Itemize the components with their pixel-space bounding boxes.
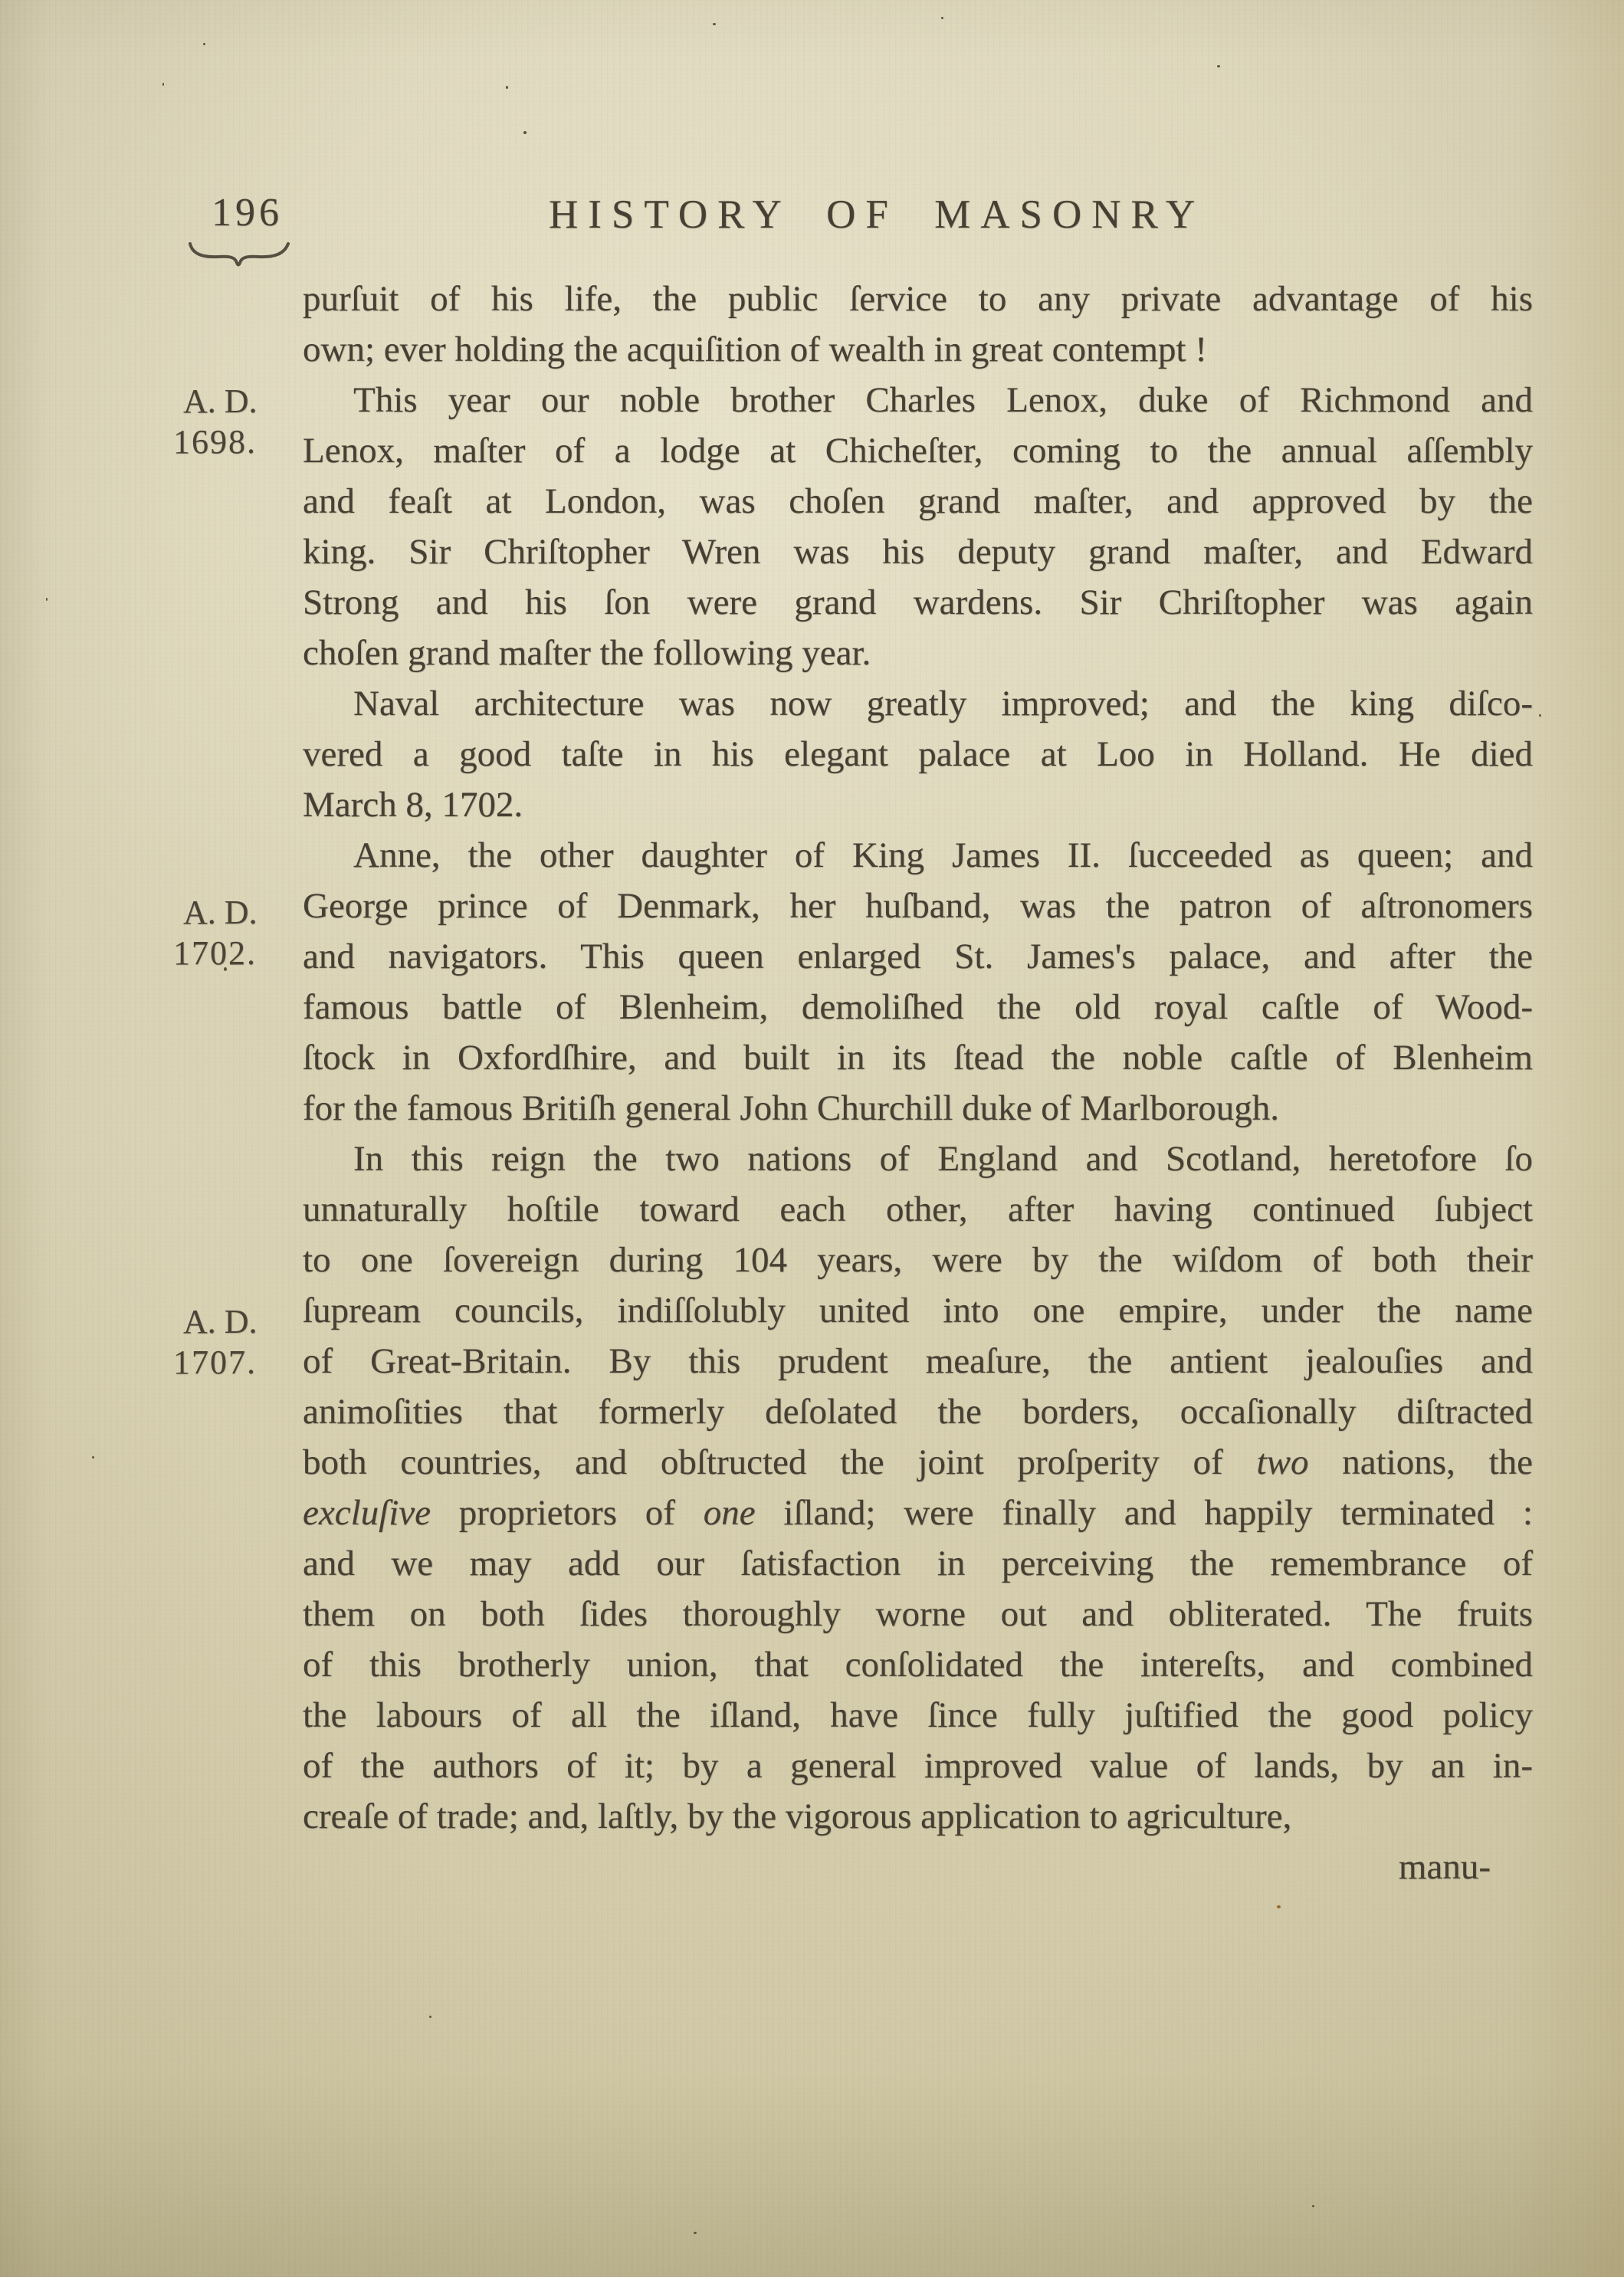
text-line: animoſities that formerly deſolated the … <box>303 1386 1533 1437</box>
paragraph: This year our noble brother Charles Leno… <box>303 375 1533 678</box>
text-line: unnaturally hoſtile toward each other, a… <box>303 1184 1533 1235</box>
text-run: and feaſt at London, was choſen grand ma… <box>303 481 1533 521</box>
text-run: This year our noble brother Charles Leno… <box>353 380 1533 420</box>
text-run: and navigators. This queen enlarged St. … <box>303 937 1533 976</box>
paper-speck <box>941 17 943 19</box>
text-run: Naval architecture was now greatly impro… <box>353 684 1533 723</box>
margin-note-year: 1698. <box>173 422 288 462</box>
margin-note-label: A. D. <box>173 381 288 422</box>
body-text: purſuit of his life, the public ſervice … <box>303 274 1533 1842</box>
text-line: This year our noble brother Charles Leno… <box>303 375 1533 425</box>
paper-speck <box>92 1456 94 1458</box>
text-line: creaſe of trade; and, laſtly, by the vig… <box>303 1791 1533 1842</box>
page-header-title: HISTORY OF MASONRY <box>549 195 1205 235</box>
italic-run: excluſive <box>303 1493 431 1533</box>
margin-note-year: 1702. <box>173 933 288 973</box>
text-line: Naval architecture was now greatly impro… <box>303 678 1533 729</box>
page-number-swash <box>186 239 294 270</box>
paper-speck <box>46 598 48 601</box>
paper-speck <box>694 2232 697 2234</box>
paper-speck <box>506 86 508 89</box>
text-line: own; ever holding the acquiſition of wea… <box>303 324 1533 375</box>
text-line: of the authors of it; by a general impro… <box>303 1741 1533 1791</box>
text-run: iſland; were finally and happily termina… <box>756 1493 1533 1533</box>
book-page: 196 HISTORY OF MASONRY A. D. 1698. A. D.… <box>0 0 1624 2277</box>
text-run: March 8, 1702. <box>303 785 523 825</box>
catchword: manu- <box>303 1842 1491 1892</box>
text-run: them on both ſides thoroughly worne out … <box>303 1594 1533 1634</box>
text-line: Anne, the other daughter of King James I… <box>303 830 1533 881</box>
text-line: of Great-Britain. By this prudent meaſur… <box>303 1336 1533 1386</box>
paper-speck <box>1312 2205 1314 2207</box>
text-line: Strong and his ſon were grand wardens. S… <box>303 577 1533 628</box>
text-line: George prince of Denmark, her huſband, w… <box>303 881 1533 931</box>
text-run: own; ever holding the acquiſition of wea… <box>303 330 1207 369</box>
text-run: vered a good taſte in his elegant palace… <box>303 734 1533 774</box>
text-run: ſtock in Oxfordſhire, and built in its ſ… <box>303 1038 1533 1078</box>
text-line: excluſive proprietors of one iſland; wer… <box>303 1488 1533 1538</box>
margin-note-1707: A. D. 1707. <box>173 1301 288 1383</box>
paragraph: purſuit of his life, the public ſervice … <box>303 274 1533 375</box>
text-run: creaſe of trade; and, laſtly, by the vig… <box>303 1796 1291 1836</box>
text-run: both countries, and obſtructed the joint… <box>303 1442 1257 1482</box>
paper-speck <box>523 131 527 134</box>
text-run: Strong and his ſon were grand wardens. S… <box>303 582 1533 622</box>
text-line: king. Sir Chriſtopher Wren was his deput… <box>303 527 1533 577</box>
italic-run: one <box>704 1493 756 1533</box>
text-line: both countries, and obſtructed the joint… <box>303 1437 1533 1488</box>
page-number: 196 <box>212 193 283 233</box>
margin-note-1698: A. D. 1698. <box>173 381 288 462</box>
text-line: In this reign the two nations of England… <box>303 1134 1533 1184</box>
text-run: and we may add our ſatisfaction in perce… <box>303 1544 1533 1583</box>
paragraph: In this reign the two nations of England… <box>303 1134 1533 1842</box>
italic-run: two <box>1257 1442 1309 1482</box>
text-run: of this brotherly union, that conſolidat… <box>303 1645 1533 1685</box>
text-run: nations, the <box>1308 1442 1533 1482</box>
text-line: ſupream councils, indiſſolubly united in… <box>303 1285 1533 1336</box>
margin-note-label: A. D. <box>173 1301 288 1342</box>
text-line: famous battle of Blenheim, demoliſhed th… <box>303 982 1533 1032</box>
text-run: ſupream councils, indiſſolubly united in… <box>303 1291 1533 1330</box>
text-run: king. Sir Chriſtopher Wren was his deput… <box>303 532 1533 572</box>
text-line: the labours of all the iſland, have ſinc… <box>303 1690 1533 1741</box>
text-line: and navigators. This queen enlarged St. … <box>303 931 1533 982</box>
text-run: purſuit of his life, the public ſervice … <box>303 279 1533 319</box>
paper-speck <box>429 2016 431 2018</box>
text-run: proprietors of <box>431 1493 704 1533</box>
paragraph: Anne, the other daughter of King James I… <box>303 830 1533 1134</box>
text-line: and we may add our ſatisfaction in perce… <box>303 1538 1533 1589</box>
text-run: In this reign the two nations of England… <box>353 1139 1533 1179</box>
text-line: vered a good taſte in his elegant palace… <box>303 729 1533 779</box>
text-line: and feaſt at London, was choſen grand ma… <box>303 476 1533 527</box>
paper-speck <box>162 83 164 86</box>
text-run: to one ſovereign during 104 years, were … <box>303 1240 1533 1280</box>
text-run: of Great-Britain. By this prudent meaſur… <box>303 1341 1533 1381</box>
text-line: ſtock in Oxfordſhire, and built in its ſ… <box>303 1032 1533 1083</box>
paper-speck <box>1539 714 1541 717</box>
text-run: Lenox, maſter of a lodge at Chicheſter, … <box>303 431 1533 471</box>
text-line: choſen grand maſter the following year. <box>303 628 1533 678</box>
margin-note-year: 1707. <box>173 1342 288 1383</box>
text-run: the labours of all the iſland, have ſinc… <box>303 1695 1533 1735</box>
text-line: Lenox, maſter of a lodge at Chicheſter, … <box>303 425 1533 476</box>
text-line: of this brotherly union, that conſolidat… <box>303 1639 1533 1690</box>
text-line: purſuit of his life, the public ſervice … <box>303 274 1533 324</box>
text-run: unnaturally hoſtile toward each other, a… <box>303 1189 1533 1229</box>
text-run: of the authors of it; by a general impro… <box>303 1746 1533 1786</box>
text-run: animoſities that formerly deſolated the … <box>303 1392 1533 1432</box>
text-run: George prince of Denmark, her huſband, w… <box>303 886 1533 926</box>
paper-speck <box>203 43 205 45</box>
text-line: for the famous Britiſh general John Chur… <box>303 1083 1533 1134</box>
paper-speck <box>713 23 716 25</box>
paper-speck <box>1217 65 1220 67</box>
text-run: choſen grand maſter the following year. <box>303 633 871 673</box>
text-run: Anne, the other daughter of King James I… <box>353 835 1533 875</box>
text-line: March 8, 1702. <box>303 779 1533 830</box>
text-run: for the famous Britiſh general John Chur… <box>303 1088 1279 1128</box>
text-run: famous battle of Blenheim, demoliſhed th… <box>303 987 1533 1027</box>
text-line: to one ſovereign during 104 years, were … <box>303 1235 1533 1285</box>
paragraph: Naval architecture was now greatly impro… <box>303 678 1533 830</box>
text-line: them on both ſides thoroughly worne out … <box>303 1589 1533 1639</box>
paper-speck <box>1277 1905 1281 1908</box>
margin-note-label: A. D. <box>173 892 288 933</box>
margin-note-1702: A. D. 1702. <box>173 892 288 973</box>
